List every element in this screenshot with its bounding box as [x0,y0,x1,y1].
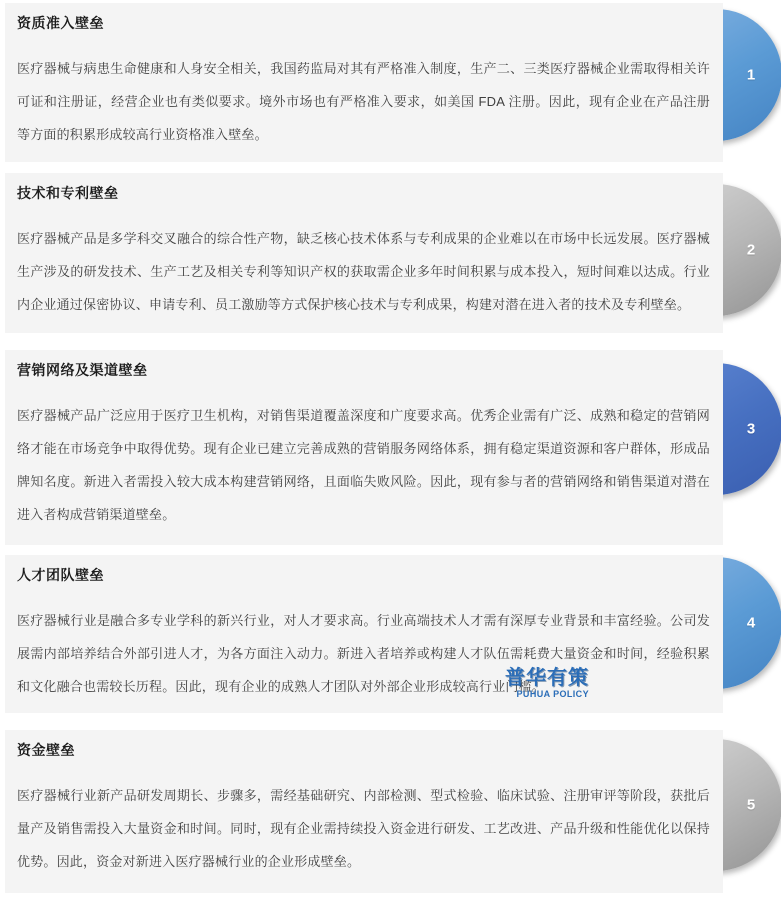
section-5-panel: 资金壁垒 医疗器械行业新产品研发周期长、步骤多，需经基础研究、内部检测、型式检验… [5,730,723,893]
section-capital: 5 资金壁垒 医疗器械行业新产品研发周期长、步骤多，需经基础研究、内部检测、型式… [0,730,781,893]
section-2-panel: 技术和专利壁垒 医疗器械产品是多学科交叉融合的综合性产物，缺乏核心技术体系与专利… [5,173,723,333]
section-tech-patent: 2 技术和专利壁垒 医疗器械产品是多学科交叉融合的综合性产物，缺乏核心技术体系与… [0,173,781,333]
step-4-number: 4 [734,615,768,632]
watermark-chinese-logo: 普华有策 [505,667,589,689]
section-4-title: 人才团队壁垒 [17,565,710,585]
section-2-title: 技术和专利壁垒 [17,183,710,203]
step-2-number: 2 [734,242,768,259]
barriers-infographic: 1 资质准入壁垒 医疗器械与病患生命健康和人身安全相关，我国药监局对其有严格准入… [0,0,781,902]
step-3-number: 3 [734,421,768,438]
section-talent-team: 4 人才团队壁垒 医疗器械行业是融合多专业学科的新兴行业，对人才要求高。行业高端… [0,555,781,713]
section-3-title: 营销网络及渠道壁垒 [17,360,710,380]
section-marketing-channel: 3 营销网络及渠道壁垒 医疗器械产品广泛应用于医疗卫生机构，对销售渠道覆盖深度和… [0,350,781,545]
section-1-panel: 资质准入壁垒 医疗器械与病患生命健康和人身安全相关，我国药监局对其有严格准入制度… [5,3,723,162]
section-3-body: 医疗器械产品广泛应用于医疗卫生机构，对销售渠道覆盖深度和广度要求高。优秀企业需有… [17,399,710,531]
watermark-english-logo: PUHUA POLICY [517,689,589,700]
section-1-body: 医疗器械与病患生命健康和人身安全相关，我国药监局对其有严格准入制度，生产二、三类… [17,52,710,151]
section-3-panel: 营销网络及渠道壁垒 医疗器械产品广泛应用于医疗卫生机构，对销售渠道覆盖深度和广度… [5,350,723,545]
section-1-title: 资质准入壁垒 [17,13,710,33]
step-1-number: 1 [734,67,768,84]
section-4-panel: 人才团队壁垒 医疗器械行业是融合多专业学科的新兴行业，对人才要求高。行业高端技术… [5,555,723,713]
section-5-title: 资金壁垒 [17,740,710,760]
section-4-body: 医疗器械行业是融合多专业学科的新兴行业，对人才要求高。行业高端技术人才需有深厚专… [17,604,710,703]
section-access-qualification: 1 资质准入壁垒 医疗器械与病患生命健康和人身安全相关，我国药监局对其有严格准入… [0,3,781,162]
section-2-body: 医疗器械产品是多学科交叉融合的综合性产物，缺乏核心技术体系与专利成果的企业难以在… [17,222,710,321]
puhua-policy-watermark: 普华有策 PUHUA POLICY [505,667,589,700]
step-5-number: 5 [734,797,768,814]
section-5-body: 医疗器械行业新产品研发周期长、步骤多，需经基础研究、内部检测、型式检验、临床试验… [17,779,710,878]
